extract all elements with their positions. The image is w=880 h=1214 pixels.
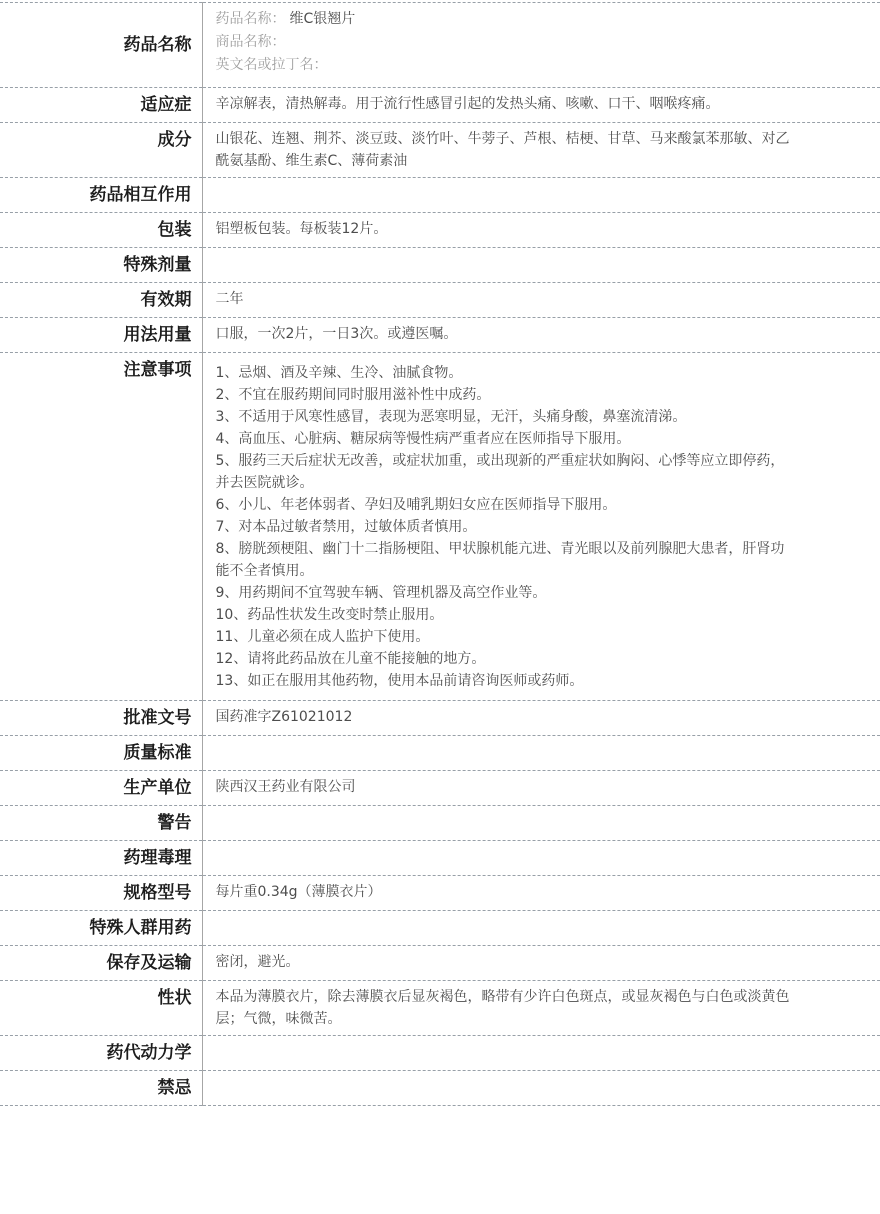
row-special-dosage: 特殊剂量 <box>0 248 880 283</box>
row-label: 注意事项 <box>0 353 202 701</box>
row-indications: 适应症 辛凉解表，清热解毒。用于流行性感冒引起的发热头痛、咳嗽、口干、咽喉疼痛。 <box>0 88 880 123</box>
row-label: 禁忌 <box>0 1071 202 1106</box>
row-pharmacology-toxicology: 药理毒理 <box>0 841 880 876</box>
row-special-population: 特殊人群用药 <box>0 911 880 946</box>
row-value <box>202 841 880 876</box>
row-value <box>202 1071 880 1106</box>
precaution-item: 4、高血压、心脏病、糖尿病等慢性病严重者应在医师指导下服用。 <box>216 428 796 450</box>
row-value <box>202 178 880 213</box>
row-dosage-usage: 用法用量 口服，一次2片，一日3次。或遵医嘱。 <box>0 318 880 353</box>
row-value: 1、忌烟、酒及辛辣、生冷、油腻食物。 2、不宜在服药期间同时服用滋补性中成药。 … <box>202 353 880 701</box>
row-description: 性状 本品为薄膜衣片，除去薄膜衣后显灰褐色，略带有少许白色斑点，或显灰褐色与白色… <box>0 981 880 1036</box>
row-value <box>202 736 880 771</box>
row-value: 国药准字Z61021012 <box>202 701 880 736</box>
row-label: 警告 <box>0 806 202 841</box>
row-label: 质量标准 <box>0 736 202 771</box>
precaution-item: 12、请将此药品放在儿童不能接触的地方。 <box>216 648 796 670</box>
row-label: 用法用量 <box>0 318 202 353</box>
row-label: 性状 <box>0 981 202 1036</box>
row-storage-transport: 保存及运输 密闭，避光。 <box>0 946 880 981</box>
precaution-item: 6、小儿、年老体弱者、孕妇及哺乳期妇女应在医师指导下服用。 <box>216 494 796 516</box>
row-value <box>202 248 880 283</box>
row-value: 每片重0.34g（薄膜衣片） <box>202 876 880 911</box>
row-drug-interactions: 药品相互作用 <box>0 178 880 213</box>
row-label: 适应症 <box>0 88 202 123</box>
precaution-item: 10、药品性状发生改变时禁止服用。 <box>216 604 796 626</box>
row-label: 药品相互作用 <box>0 178 202 213</box>
precaution-item: 2、不宜在服药期间同时服用滋补性中成药。 <box>216 384 796 406</box>
row-drug-name: 药品名称 药品名称：维C银翘片 商品名称： 英文名或拉丁名： <box>0 3 880 88</box>
row-value: 陕西汉王药业有限公司 <box>202 771 880 806</box>
row-quality-standard: 质量标准 <box>0 736 880 771</box>
precaution-item: 11、儿童必须在成人监护下使用。 <box>216 626 796 648</box>
row-label: 生产单位 <box>0 771 202 806</box>
row-value <box>202 1036 880 1071</box>
row-approval-number: 批准文号 国药准字Z61021012 <box>0 701 880 736</box>
row-spec-model: 规格型号 每片重0.34g（薄膜衣片） <box>0 876 880 911</box>
row-value: 本品为薄膜衣片，除去薄膜衣后显灰褐色，略带有少许白色斑点，或显灰褐色与白色或淡黄… <box>202 981 880 1036</box>
row-label: 成分 <box>0 123 202 178</box>
precaution-item: 8、膀胱颈梗阻、幽门十二指肠梗阻、甲状腺机能亢进、青光眼以及前列腺肥大患者，肝肾… <box>216 538 796 582</box>
row-label: 药代动力学 <box>0 1036 202 1071</box>
row-warning: 警告 <box>0 806 880 841</box>
precaution-item: 9、用药期间不宜驾驶车辆、管理机器及高空作业等。 <box>216 582 796 604</box>
field-key: 药品名称： <box>216 11 286 27</box>
row-value <box>202 806 880 841</box>
field-value: 维C银翘片 <box>290 11 356 27</box>
row-contraindications: 禁忌 <box>0 1071 880 1106</box>
precaution-item: 7、对本品过敏者禁用，过敏体质者慎用。 <box>216 516 796 538</box>
row-value: 山银花、连翘、荆芥、淡豆豉、淡竹叶、牛蒡子、芦根、桔梗、甘草、马来酸氯苯那敏、对… <box>202 123 880 178</box>
field-key: 商品名称： <box>216 34 286 50</box>
latin-name-field: 英文名或拉丁名： <box>216 54 796 77</box>
precaution-item: 13、如正在服用其他药物，使用本品前请咨询医师或药师。 <box>216 670 796 692</box>
row-label: 批准文号 <box>0 701 202 736</box>
trade-name-field: 商品名称： <box>216 31 796 54</box>
row-ingredients: 成分 山银花、连翘、荆芥、淡豆豉、淡竹叶、牛蒡子、芦根、桔梗、甘草、马来酸氯苯那… <box>0 123 880 178</box>
row-label: 特殊剂量 <box>0 248 202 283</box>
row-value: 铝塑板包装。每板装12片。 <box>202 213 880 248</box>
drug-info-table: 药品名称 药品名称：维C银翘片 商品名称： 英文名或拉丁名： 适应症 辛凉解表，… <box>0 2 880 1106</box>
precaution-item: 5、服药三天后症状无改善，或症状加重，或出现新的严重症状如胸闷、心悸等应立即停药… <box>216 450 796 494</box>
row-value: 辛凉解表，清热解毒。用于流行性感冒引起的发热头痛、咳嗽、口干、咽喉疼痛。 <box>202 88 880 123</box>
row-label: 药品名称 <box>0 3 202 88</box>
row-label: 规格型号 <box>0 876 202 911</box>
row-precautions: 注意事项 1、忌烟、酒及辛辣、生冷、油腻食物。 2、不宜在服药期间同时服用滋补性… <box>0 353 880 701</box>
drug-name-field: 药品名称：维C银翘片 <box>216 8 796 31</box>
row-label: 特殊人群用药 <box>0 911 202 946</box>
row-pharmacokinetics: 药代动力学 <box>0 1036 880 1071</box>
row-value <box>202 911 880 946</box>
precaution-item: 1、忌烟、酒及辛辣、生冷、油腻食物。 <box>216 362 796 384</box>
field-key: 英文名或拉丁名： <box>216 57 328 73</box>
row-manufacturer: 生产单位 陕西汉王药业有限公司 <box>0 771 880 806</box>
row-label: 药理毒理 <box>0 841 202 876</box>
row-packaging: 包装 铝塑板包装。每板装12片。 <box>0 213 880 248</box>
row-value: 二年 <box>202 283 880 318</box>
bottom-whitespace <box>0 1106 880 1214</box>
row-label: 有效期 <box>0 283 202 318</box>
row-value: 药品名称：维C银翘片 商品名称： 英文名或拉丁名： <box>202 3 880 88</box>
row-label: 保存及运输 <box>0 946 202 981</box>
row-value: 密闭，避光。 <box>202 946 880 981</box>
precaution-item: 3、不适用于风寒性感冒，表现为恶寒明显，无汗，头痛身酸，鼻塞流清涕。 <box>216 406 796 428</box>
row-value: 口服，一次2片，一日3次。或遵医嘱。 <box>202 318 880 353</box>
row-label: 包装 <box>0 213 202 248</box>
row-shelf-life: 有效期 二年 <box>0 283 880 318</box>
